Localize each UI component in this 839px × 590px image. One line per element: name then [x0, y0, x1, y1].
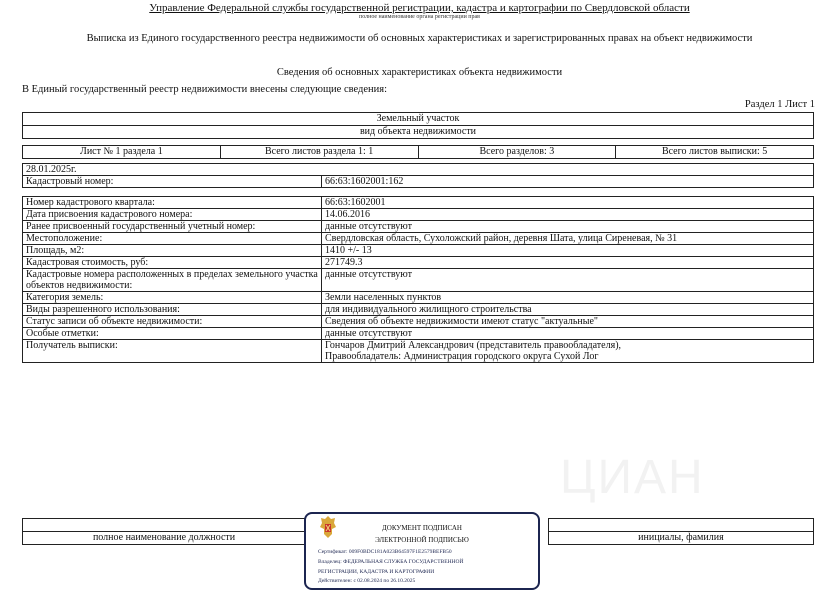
sections-total: Всего разделов: 3	[418, 146, 616, 159]
table-row: Кадастровые номера расположенных в преде…	[23, 269, 814, 292]
row-value: для индивидуального жилищного строительс…	[322, 304, 814, 316]
row-value: Сведения об объекте недвижимости имеют с…	[322, 316, 814, 328]
row-label: Кадастровая стоимость, руб:	[23, 257, 322, 269]
object-kind-table: Земельный участок вид объекта недвижимос…	[22, 112, 814, 139]
row-value: данные отсутствуют	[322, 328, 814, 340]
table-row: Площадь, м2:1410 +/- 13	[23, 245, 814, 257]
name-cell	[548, 519, 813, 532]
row-label: Виды разрешенного использования:	[23, 304, 322, 316]
section-title: Сведения об основных характеристиках объ…	[0, 67, 839, 78]
position-caption: полное наименование должности	[23, 532, 306, 545]
table-row: Виды разрешенного использования:для инди…	[23, 304, 814, 316]
intro-text: В Единый государственный реестр недвижим…	[22, 84, 387, 95]
electronic-signature-stamp: ДОКУМЕНТ ПОДПИСАН ЭЛЕКТРОННОЙ ПОДПИСЬЮ С…	[304, 512, 540, 590]
row-label: Местоположение:	[23, 233, 322, 245]
row-label: Площадь, м2:	[23, 245, 322, 257]
row-value: Земли населенных пунктов	[322, 292, 814, 304]
row-label: Номер кадастрового квартала:	[23, 197, 322, 209]
characteristics-table: Номер кадастрового квартала:66:63:160200…	[22, 196, 814, 363]
stamp-validity: Действителен: с 02.08.2024 по 26.10.2025	[318, 578, 415, 584]
row-value: 66:63:1602001	[322, 197, 814, 209]
agency-name: Управление Федеральной службы государств…	[0, 2, 839, 14]
table-row: Кадастровая стоимость, руб:271749.3	[23, 257, 814, 269]
name-caption: инициалы, фамилия	[548, 532, 813, 545]
object-kind-caption: вид объекта недвижимости	[23, 126, 814, 139]
stamp-owner-2: РЕГИСТРАЦИИ, КАДАСТРА И КАРТОГРАФИИ	[318, 569, 434, 575]
table-row: Статус записи об объекте недвижимости:Св…	[23, 316, 814, 328]
table-row: Ранее присвоенный государственный учетны…	[23, 221, 814, 233]
position-cell	[23, 519, 306, 532]
watermark: ЦИАН	[560, 450, 705, 505]
row-value: данные отсутствуют	[322, 221, 814, 233]
table-row: Особые отметки:данные отсутствуют	[23, 328, 814, 340]
row-value: 1410 +/- 13	[322, 245, 814, 257]
row-value: 271749.3	[322, 257, 814, 269]
object-kind-value: Земельный участок	[23, 113, 814, 126]
stamp-signed-line1: ДОКУМЕНТ ПОДПИСАН	[306, 524, 538, 532]
stamp-certificate: Сертификат: 009F0BDC181A023B64597F1E2579…	[318, 549, 452, 555]
table-row: Местоположение:Свердловская область, Сух…	[23, 233, 814, 245]
row-label: Категория земель:	[23, 292, 322, 304]
cadastral-number-value: 66:63:1602001:162	[322, 176, 814, 188]
extract-date: 28.01.2025г.	[23, 164, 814, 176]
table-row: Получатель выписки: Гончаров Дмитрий Але…	[23, 340, 814, 363]
sheets-info-table: Лист № 1 раздела 1 Всего листов раздела …	[22, 145, 814, 159]
stamp-owner-1: Владелец: ФЕДЕРАЛЬНАЯ СЛУЖБА ГОСУДАРСТВЕ…	[318, 559, 463, 565]
extract-sheets-total: Всего листов выписки: 5	[616, 146, 814, 159]
row-label: Получатель выписки:	[23, 340, 322, 363]
row-label: Статус записи об объекте недвижимости:	[23, 316, 322, 328]
row-value: Свердловская область, Сухоложский район,…	[322, 233, 814, 245]
table-row: Дата присвоения кадастрового номера:14.0…	[23, 209, 814, 221]
row-label: Особые отметки:	[23, 328, 322, 340]
document-title: Выписка из Единого государственного реес…	[0, 33, 839, 44]
sheet-number: Лист № 1 раздела 1	[23, 146, 221, 159]
section-sheets-total: Всего листов раздела 1: 1	[220, 146, 418, 159]
recipient-line-2: Правообладатель: Администрация городског…	[325, 351, 810, 362]
cadastral-header-table: 28.01.2025г. Кадастровый номер: 66:63:16…	[22, 163, 814, 188]
row-label: Кадастровые номера расположенных в преде…	[23, 269, 322, 292]
row-value: данные отсутствуют	[322, 269, 814, 292]
table-row: Номер кадастрового квартала:66:63:160200…	[23, 197, 814, 209]
row-value: Гончаров Дмитрий Александрович (представ…	[322, 340, 814, 363]
row-value: 14.06.2016	[322, 209, 814, 221]
agency-caption: полное наименование органа регистрации п…	[0, 14, 839, 20]
row-label: Дата присвоения кадастрового номера:	[23, 209, 322, 221]
cadastral-number-label: Кадастровый номер:	[23, 176, 322, 188]
stamp-signed-line2: ЭЛЕКТРОННОЙ ПОДПИСЬЮ	[306, 536, 538, 544]
row-label: Ранее присвоенный государственный учетны…	[23, 221, 322, 233]
table-row: Категория земель:Земли населенных пункто…	[23, 292, 814, 304]
sheet-reference: Раздел 1 Лист 1	[745, 99, 815, 110]
recipient-line-1: Гончаров Дмитрий Александрович (представ…	[325, 340, 810, 351]
